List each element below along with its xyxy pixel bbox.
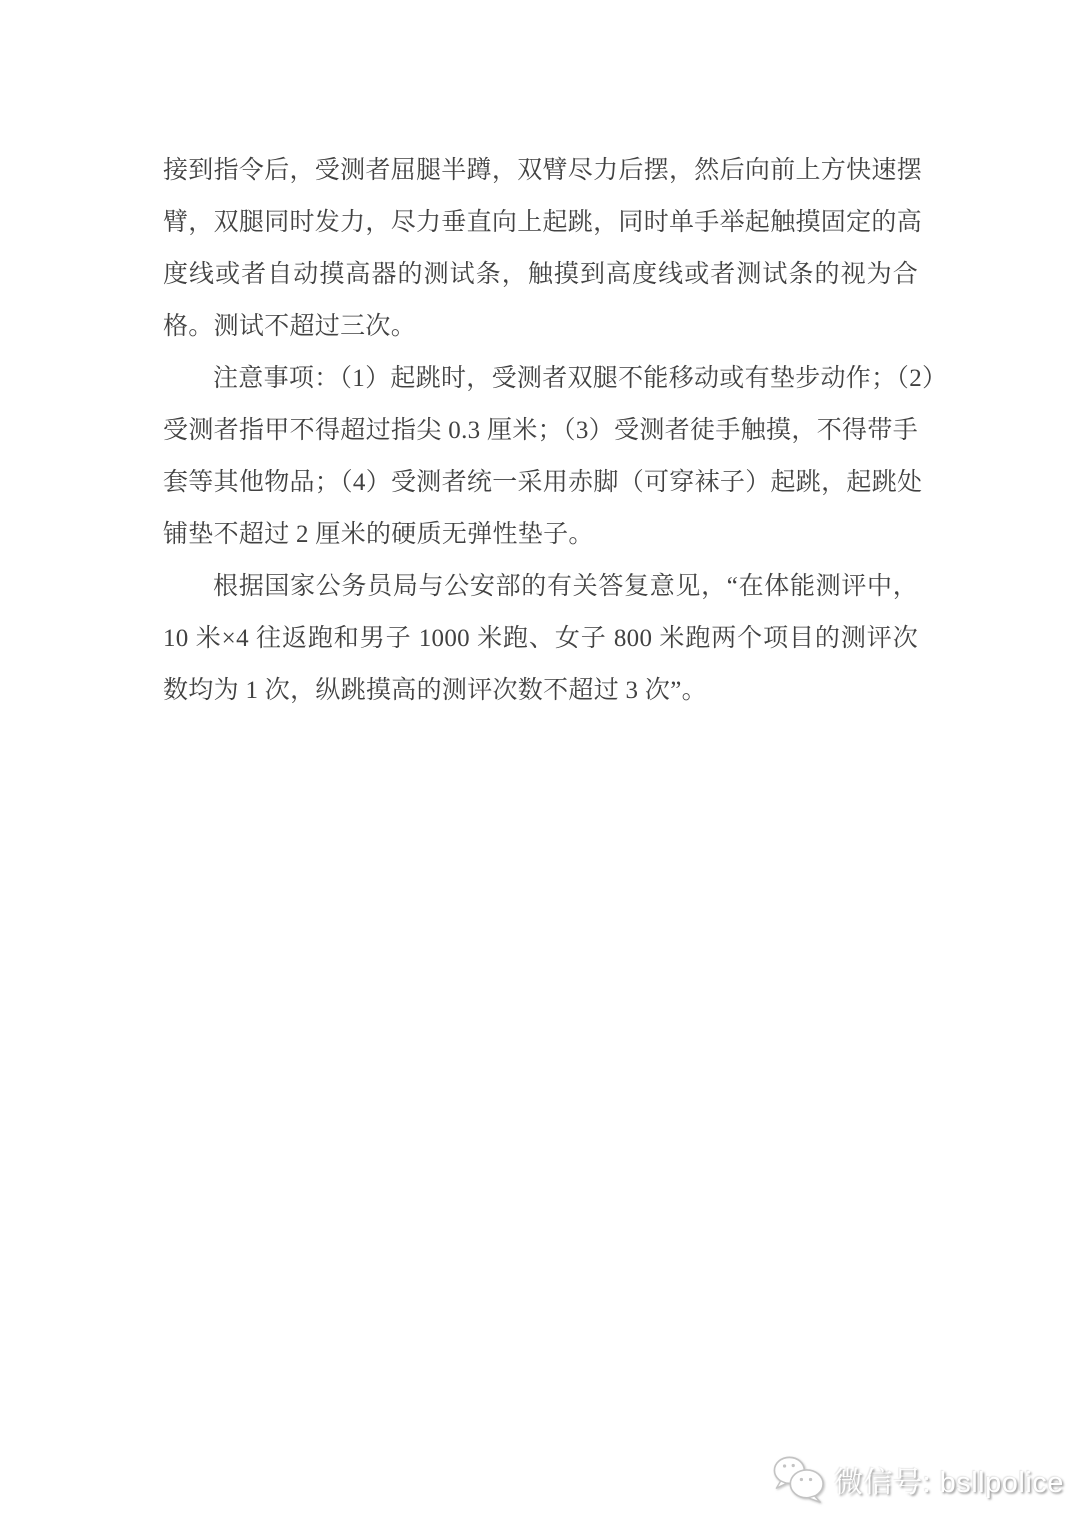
text-line-p3-l2: 10 米×4 往返跑和男子 1000 米跑、女子 800 米跑两个项目的测评次 (163, 613, 918, 665)
document-body: 接到指令后，受测者屈腿半蹲，双臂尽力后摆，然后向前上方快速摆臂，双腿同时发力，尽… (163, 145, 918, 717)
wechat-id-label: 微信号: bsllpolice (834, 1460, 1064, 1501)
wechat-watermark: 微信号: bsllpolice (770, 1452, 1064, 1508)
text-line-p2-l3: 套等其他物品；（4）受测者统一采用赤脚（可穿袜子）起跳，起跳处 (163, 457, 918, 509)
text-line-p1-l3: 度线或者自动摸高器的测试条，触摸到高度线或者测试条的视为合 (163, 249, 918, 301)
text-line-p2-l2: 受测者指甲不得超过指尖 0.3 厘米；（3）受测者徒手触摸，不得带手 (163, 405, 918, 457)
text-line-p3-l3: 数均为 1 次，纵跳摸高的测评次数不超过 3 次”。 (163, 665, 918, 717)
text-line-p2-l4: 铺垫不超过 2 厘米的硬质无弹性垫子。 (163, 509, 918, 561)
text-line-p3-l1: 根据国家公务员局与公安部的有关答复意见，“在体能测评中， (163, 561, 918, 613)
wechat-icon (770, 1454, 828, 1506)
text-line-p2-l1: 注意事项：（1）起跳时，受测者双腿不能移动或有垫步动作；（2） (163, 353, 918, 405)
text-line-p1-l4: 格。测试不超过三次。 (163, 301, 918, 353)
document-page: 接到指令后，受测者屈腿半蹲，双臂尽力后摆，然后向前上方快速摆臂，双腿同时发力，尽… (0, 0, 1080, 1527)
text-line-p1-l1: 接到指令后，受测者屈腿半蹲，双臂尽力后摆，然后向前上方快速摆 (163, 145, 918, 197)
text-line-p1-l2: 臂，双腿同时发力，尽力垂直向上起跳，同时单手举起触摸固定的高 (163, 197, 918, 249)
